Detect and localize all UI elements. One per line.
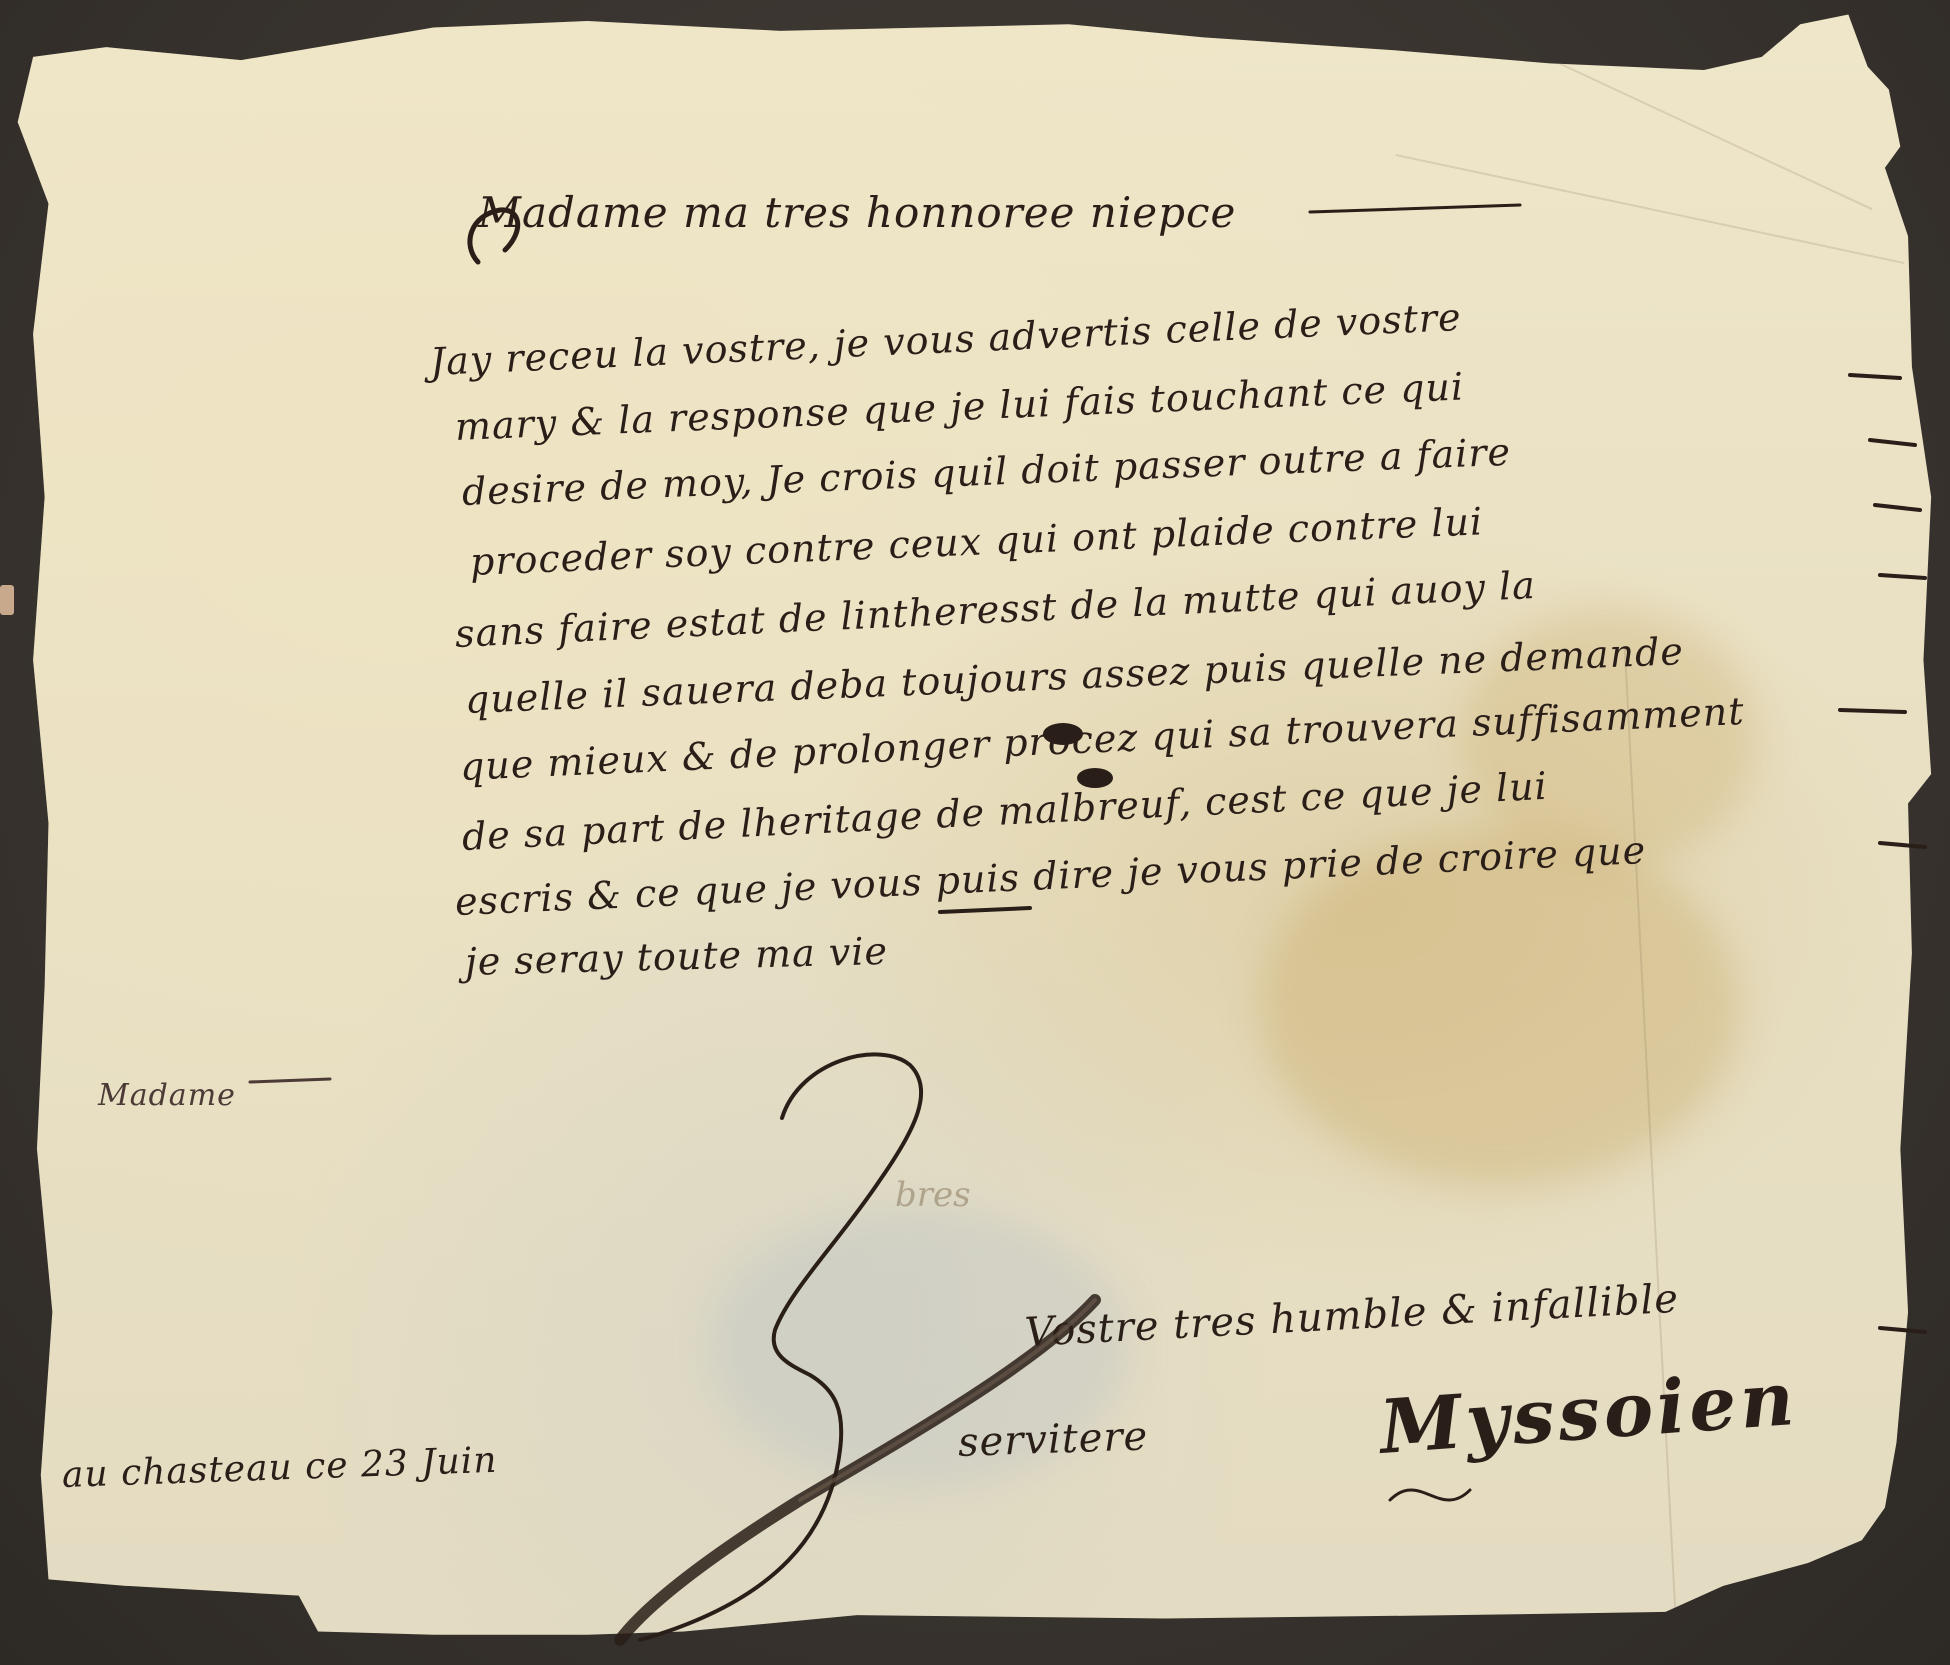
closing-line-2: servitere bbox=[957, 1413, 1149, 1466]
photo-background: Madame ma tres honnoree niepce Jay receu… bbox=[0, 0, 1950, 1665]
salutation: Madame ma tres honnoree niepce bbox=[478, 188, 1236, 237]
fold-crease bbox=[1527, 48, 1872, 210]
paper-fragment bbox=[0, 585, 14, 615]
fold-crease bbox=[1395, 154, 1904, 264]
margin-note: Madame bbox=[98, 1078, 236, 1113]
bleed-through-text: bres bbox=[895, 1175, 971, 1215]
